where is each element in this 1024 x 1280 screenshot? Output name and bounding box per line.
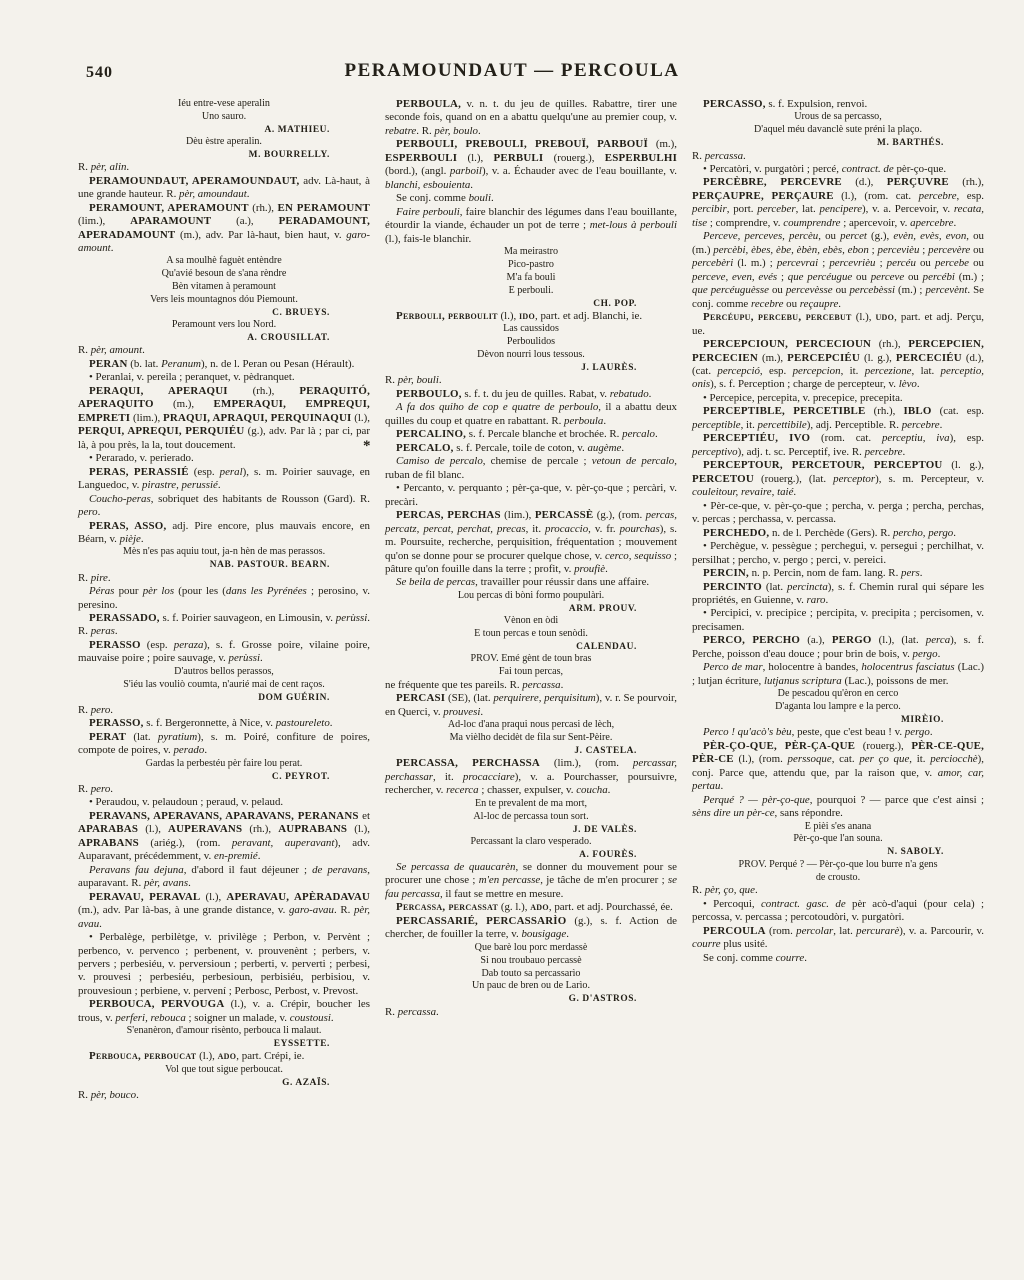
verse-quote: Dèu èstre aperalin. <box>78 136 370 149</box>
verse-line: Gardas la perbestéu pèr faire lou perat. <box>78 758 370 771</box>
cross-reference-paragraph: • Pèr-ce-que, v. pèr-ço-que ; percha, v.… <box>692 500 984 527</box>
root-reference: R. pero. <box>78 783 370 796</box>
attribution: A. MATHIEU. <box>78 124 370 136</box>
dictionary-entry: PERBOULI, PREBOULI, PREBOUÏ, PARBOUÏ (m.… <box>385 138 677 192</box>
attribution: C. BRUEYS. <box>78 307 370 319</box>
verse-line: Lou percas di bòni formo poupulàri. <box>385 590 677 603</box>
verse-quote: Vènon en òdiE toun percas e toun senòdi. <box>385 615 677 641</box>
attribution: CALENDAU. <box>385 641 677 653</box>
attribution: MIRÈIO. <box>692 714 984 726</box>
verse-line: Dèu èstre aperalin. <box>78 136 370 149</box>
verse-line: M'a fa bouli <box>385 272 677 285</box>
dictionary-entry: PERCIN, n. p. Percin, nom de fam. lang. … <box>692 567 984 580</box>
dictionary-entry: Se conj. comme courre. <box>692 952 984 965</box>
root-reference: R. percassa. <box>385 1006 677 1019</box>
verse-quote: Urous de sa percasso,D'aquel méu davancl… <box>692 111 984 137</box>
dictionary-entry: PERBOUCA, PERVOUGA (l.), v. a. Crépir, b… <box>78 998 370 1025</box>
attribution: ARM. PROUV. <box>385 603 677 615</box>
dictionary-entry: PERCINTO (lat. percincta), s. f. Chemin … <box>692 581 984 608</box>
verse-line: Bèn vitamen à peramount <box>78 281 370 294</box>
cross-reference-paragraph: • Peraudou, v. pelaudoun ; peraud, v. pe… <box>78 796 370 809</box>
attribution: J. CASTELA. <box>385 745 677 757</box>
verse-line: Ad-loc d'ana praqui nous percasi de lèch… <box>385 719 677 732</box>
verse-quote: En te prevalent de ma mort,Al-loc de per… <box>385 798 677 824</box>
verse-line: En te prevalent de ma mort, <box>385 798 677 811</box>
attribution: J. DE VALÈS. <box>385 824 677 836</box>
root-reference: R. pèr, bouli. <box>385 374 677 387</box>
cross-reference-paragraph: • Percipici, v. precipice ; percipita, v… <box>692 607 984 634</box>
dictionary-entry: Perbouli, perboulit (l.), ido, part. et … <box>385 310 677 323</box>
verse-line: D'autros bellos perassos, <box>78 666 370 679</box>
root-reference: R. pero. <box>78 704 370 717</box>
dictionary-entry: PERCALO, s. f. Percale, toile de coton, … <box>385 442 677 455</box>
verse-quote: Ad-loc d'ana praqui nous percasi de lèch… <box>385 719 677 745</box>
verse-quote: Que barè lou porc merdassèSi nou troubau… <box>385 942 677 994</box>
verse-line: Dèvon nourri lous tessous. <box>385 349 677 362</box>
verse-line: Vènon en òdi <box>385 615 677 628</box>
dictionary-entry: Se conj. comme bouli. <box>385 192 677 205</box>
root-reference: ne fréquente que tes pareils. R. percass… <box>385 679 677 692</box>
dictionary-entry: A fa dos quiho de cop e quatre de perbou… <box>385 401 677 428</box>
dictionary-entry: Perqué ? — pèr-ço-que, pourquoi ? — parc… <box>692 794 984 821</box>
verse-quote: Iéu entre-vese aperalinUno sauro. <box>78 98 370 124</box>
verse-quote: PROV. Emé gènt de toun brasFai toun perc… <box>385 653 677 679</box>
dictionary-entry: Percassa, percassat (g. l.), ado, part. … <box>385 901 677 914</box>
text-columns: Iéu entre-vese aperalinUno sauro.A. MATH… <box>78 98 964 1103</box>
verse-line: Que barè lou porc merdassè <box>385 942 677 955</box>
verse-quote: PROV. Perqué ? — Pèr-ço-que lou burre n'… <box>692 859 984 885</box>
dictionary-entry: Se beila de percas, travailler pour réus… <box>385 576 677 589</box>
dictionary-entry: Perbouca, perboucat (l.), ado, part. Cré… <box>78 1050 370 1063</box>
attribution: G. D'ASTROS. <box>385 993 677 1005</box>
verse-line: Las caussidos <box>385 323 677 336</box>
verse-line: de crousto. <box>692 872 984 885</box>
verse-quote: E pièi s'es ananaPèr-ço-que l'an souna. <box>692 821 984 847</box>
root-reference: R. pèr, alin. <box>78 161 370 174</box>
dictionary-entry: Percéupu, percebu, percebut (l.), udo, p… <box>692 311 984 338</box>
dictionary-entry: PERAQUI, APERAQUI (rh.), PERAQUITÓ, APER… <box>78 385 370 452</box>
attribution: J. LAURÈS. <box>385 362 677 374</box>
verse-line: D'aquel méu davanclè sute préni la plaço… <box>692 124 984 137</box>
root-reference: R. percassa. <box>692 150 984 163</box>
dictionary-entry: PERAVANS, APERAVANS, APARAVANS, PERANANS… <box>78 810 370 864</box>
verse-quote: Mès n'es pas aquiu tout, ja-n hèn de mas… <box>78 546 370 559</box>
verse-line: Iéu entre-vese aperalin <box>78 98 370 111</box>
verse-line: Al-loc de percassa toun sort. <box>385 811 677 824</box>
cross-reference-paragraph: • Percanto, v. perquanto ; pèr-ça-que, v… <box>385 482 677 509</box>
attribution: A. CROUSILLAT. <box>78 332 370 344</box>
verse-line: Vol que tout sigue perboucat. <box>78 1064 370 1077</box>
verse-line: Qu'avié besoun de s'ana rèndre <box>78 268 370 281</box>
root-reference: R. pèr, ço, que. <box>692 884 984 897</box>
verse-quote: Peramount vers lou Nord. <box>78 319 370 332</box>
dictionary-page: 540 PERAMOUNDAUT — PERCOULA Iéu entre-ve… <box>0 0 1024 1280</box>
verse-line: Un pauc de bren ou de Larìo. <box>385 980 677 993</box>
dictionary-entry: PERAVAU, PERAVAL (l.), APERAVAU, APÈRADA… <box>78 891 370 931</box>
verse-line: Ma vièlho decidèt de fila sur Sent-Pèire… <box>385 732 677 745</box>
verse-quote: Ma meirastroPico-pastroM'a fa bouliE per… <box>385 246 677 298</box>
dictionary-entry: Peravans fau dejuna, d'abord il faut déj… <box>78 864 370 891</box>
attribution: A. FOURÈS. <box>385 849 677 861</box>
dictionary-entry: PERAS, PERASSIÉ (esp. peral), s. m. Poir… <box>78 466 370 493</box>
verse-line: De pescadou qu'èron en cerco <box>692 688 984 701</box>
verse-quote: Percassant la claro vesperado. <box>385 836 677 849</box>
dictionary-entry: Faire perbouli, faire blanchir des légum… <box>385 206 677 246</box>
root-reference: R. pire. <box>78 572 370 585</box>
dictionary-entry: PERBOULO, s. f. t. du jeu de quilles. Ra… <box>385 388 677 401</box>
attribution: CH. POP. <box>385 298 677 310</box>
dictionary-entry: Se percassa de quaucarèn, se donner du m… <box>385 861 677 901</box>
dictionary-entry: PERCASSO, s. f. Expulsion, renvoi. <box>692 98 984 111</box>
verse-quote: Vol que tout sigue perboucat. <box>78 1064 370 1077</box>
verse-quote: Gardas la perbestéu pèr faire lou perat. <box>78 758 370 771</box>
verse-line: S'enanèron, d'amour risènto, perbouca li… <box>78 1025 370 1038</box>
cross-reference-paragraph: • Peranlai, v. pereila ; peranquet, v. p… <box>78 371 370 384</box>
dictionary-entry: Perceve, perceves, percèu, ou percet (g.… <box>692 230 984 311</box>
verse-line: Percassant la claro vesperado. <box>385 836 677 849</box>
dictionary-entry: PÈR-ÇO-QUE, PÈR-ÇA-QUE (rouerg.), PÈR-CE… <box>692 740 984 794</box>
dictionary-entry: Camiso de percalo, chemise de percale ; … <box>385 455 677 482</box>
dictionary-entry: PERASSO (esp. peraza), s. f. Grosse poir… <box>78 639 370 666</box>
verse-quote: Las caussidosPerboulidosDèvon nourri lou… <box>385 323 677 362</box>
verse-quote: De pescadou qu'èron en cercoD'aganta lou… <box>692 688 984 714</box>
column-right: PERCASSO, s. f. Expulsion, renvoi.Urous … <box>692 98 984 1103</box>
verse-line: Urous de sa percasso, <box>692 111 984 124</box>
dictionary-entry: PERCASI (SE), (lat. perquirere, perquisi… <box>385 692 677 719</box>
verse-quote: Lou percas di bòni formo poupulàri. <box>385 590 677 603</box>
attribution: G. AZAÏS. <box>78 1077 370 1089</box>
verse-line: S'iéu las vouliò coumta, n'aurié mai de … <box>78 679 370 692</box>
signature-mark: * <box>363 438 371 455</box>
verse-quote: A sa moulhè faguèt entèndreQu'avié besou… <box>78 255 370 307</box>
cross-reference-paragraph: • Percepice, percepita, v. precepice, pr… <box>692 392 984 405</box>
dictionary-entry: PERCASSARIÉ, PERCASSARÌO (g.), s. f. Act… <box>385 915 677 942</box>
dictionary-entry: Coucho-peras, sobriquet des habitants de… <box>78 493 370 520</box>
verse-line: D'aganta lou lampre e la perco. <box>692 701 984 714</box>
root-reference: R. pèr, amount. <box>78 344 370 357</box>
verse-quote: S'enanèron, d'amour risènto, perbouca li… <box>78 1025 370 1038</box>
attribution: C. PEYROT. <box>78 771 370 783</box>
dictionary-entry: PERCEPTIÉU, IVO (rom. cat. perceptiu, iv… <box>692 432 984 459</box>
attribution: NAB. PASTOUR. BEARN. <box>78 559 370 571</box>
cross-reference-paragraph: • Percatòri, v. purgatòri ; percé, contr… <box>692 163 984 176</box>
dictionary-entry: PERCEPTOUR, PERCETOUR, PERCEPTOU (l. g.)… <box>692 459 984 499</box>
attribution: M. BARTHÉS. <box>692 137 984 149</box>
verse-line: Pèr-ço-que l'an souna. <box>692 833 984 846</box>
page-header-title: PERAMOUNDAUT — PERCOULA <box>0 60 1024 82</box>
column-center: PERBOULA, v. n. t. du jeu de quilles. Ra… <box>385 98 677 1103</box>
dictionary-entry: PERCAS, PERCHAS (lim.), PERCASSÈ (g.), (… <box>385 509 677 576</box>
cross-reference-paragraph: • Perarado, v. perierado. <box>78 452 370 465</box>
verse-line: PROV. Perqué ? — Pèr-ço-que lou burre n'… <box>692 859 984 872</box>
verse-line: PROV. Emé gènt de toun bras <box>385 653 677 666</box>
dictionary-entry: PERASSADO, s. f. Poirier sauvageon, en L… <box>78 612 370 639</box>
dictionary-entry: PERAMOUNDAUT, APERAMOUNDAUT, adv. Là-hau… <box>78 175 370 202</box>
dictionary-entry: PERAMOUNT, APERAMOUNT (rh.), EN PERAMOUN… <box>78 202 370 256</box>
verse-line: Dab touto sa percassarìo <box>385 968 677 981</box>
verse-line: Mès n'es pas aquiu tout, ja-n hèn de mas… <box>78 546 370 559</box>
verse-line: A sa moulhè faguèt entèndre <box>78 255 370 268</box>
verse-line: Perboulidos <box>385 336 677 349</box>
verse-line: E toun percas e toun senòdi. <box>385 628 677 641</box>
dictionary-entry: Péras pour pèr los (pour les (dans les P… <box>78 585 370 612</box>
dictionary-entry: PERCO, PERCHO (a.), PERGO (l.), (lat. pe… <box>692 634 984 661</box>
dictionary-entry: PERCÈBRE, PERCEVRE (d.), PERÇUVRE (rh.),… <box>692 176 984 230</box>
verse-line: Si nou troubauo percassè <box>385 955 677 968</box>
verse-line: Fai toun percas, <box>385 666 677 679</box>
dictionary-entry: Perco ! qu'acò's bèu, peste, que c'est b… <box>692 726 984 739</box>
dictionary-entry: PERAS, ASSO, adj. Pire encore, plus mauv… <box>78 520 370 547</box>
dictionary-entry: PERAN (b. lat. Peranum), n. de l. Peran … <box>78 358 370 371</box>
dictionary-entry: PERCALINO, s. f. Percale blanche et broc… <box>385 428 677 441</box>
dictionary-entry: PERCHEDO, n. de l. Perchède (Gers). R. p… <box>692 527 984 540</box>
dictionary-entry: PERCEPTIBLE, PERCETIBLE (rh.), IBLO (cat… <box>692 405 984 432</box>
dictionary-entry: PERAT (lat. pyratium), s. m. Poiré, conf… <box>78 731 370 758</box>
cross-reference-paragraph: • Perbalège, perbilètge, v. privilège ; … <box>78 931 370 998</box>
verse-line: E perbouli. <box>385 285 677 298</box>
verse-line: Uno sauro. <box>78 111 370 124</box>
column-left: Iéu entre-vese aperalinUno sauro.A. MATH… <box>78 98 370 1103</box>
cross-reference-paragraph: • Percoqui, contract. gasc. de pèr acò-d… <box>692 898 984 925</box>
cross-reference-paragraph: • Perchègue, v. pessègue ; perchegui, v.… <box>692 540 984 567</box>
root-reference: R. pèr, bouco. <box>78 1089 370 1102</box>
dictionary-entry: PERBOULA, v. n. t. du jeu de quilles. Ra… <box>385 98 677 138</box>
dictionary-entry: PERCOULA (rom. percolar, lat. percurarè)… <box>692 925 984 952</box>
dictionary-entry: Perco de mar, holocentre à bandes, holoc… <box>692 661 984 688</box>
dictionary-entry: PERCASSA, PERCHASSA (lim.), (rom. percas… <box>385 757 677 797</box>
attribution: M. BOURRELLY. <box>78 149 370 161</box>
verse-line: E pièi s'es anana <box>692 821 984 834</box>
attribution: EYSSETTE. <box>78 1038 370 1050</box>
verse-line: Vers leis mountagnos dóu Piemount. <box>78 294 370 307</box>
dictionary-entry: PERCEPCIOUN, PERCECIOUN (rh.), PERCEPCIE… <box>692 338 984 392</box>
attribution: DOM GUÉRIN. <box>78 692 370 704</box>
attribution: N. SABOLY. <box>692 846 984 858</box>
dictionary-entry: PERASSO, s. f. Bergeronnette, à Nice, v.… <box>78 717 370 730</box>
verse-line: Pico-pastro <box>385 259 677 272</box>
verse-quote: D'autros bellos perassos,S'iéu las vouli… <box>78 666 370 692</box>
verse-line: Peramount vers lou Nord. <box>78 319 370 332</box>
verse-line: Ma meirastro <box>385 246 677 259</box>
